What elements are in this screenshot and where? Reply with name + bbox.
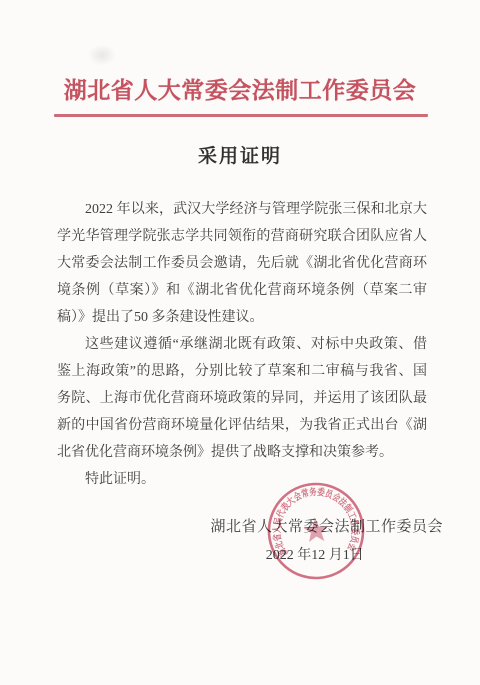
letterhead-divider-line <box>54 114 428 117</box>
signature-organization: 湖北省人大常委会法制工作委员会 <box>210 517 443 537</box>
paragraph-2: 这些建议遵循“承继湖北既有政策、对标中央政策、借鉴上海政策”的思路，分别比较了草… <box>57 331 427 466</box>
paragraph-1: 2022 年以来，武汉大学经济与管理学院张三保和北京大学光华管理学院张志学共同领… <box>57 196 427 331</box>
letterhead-organization-title: 湖北省人大常委会法制工作委员会 <box>0 72 480 105</box>
scan-smudge <box>88 44 116 66</box>
scanned-certificate-page: 湖北省人大常委会法制工作委员会 采用证明 2022 年以来，武汉大学经济与管理学… <box>0 0 480 685</box>
paragraph-3-closing: 特此证明。 <box>57 466 427 493</box>
document-title: 采用证明 <box>0 141 480 168</box>
signature-block: 湖北省人大常委会法制工作委员会 2022 年12 月1日 <box>210 517 443 565</box>
document-body: 2022 年以来，武汉大学经济与管理学院张三保和北京大学光华管理学院张志学共同领… <box>57 196 427 493</box>
signature-date: 2022 年12 月1日 <box>198 547 431 565</box>
